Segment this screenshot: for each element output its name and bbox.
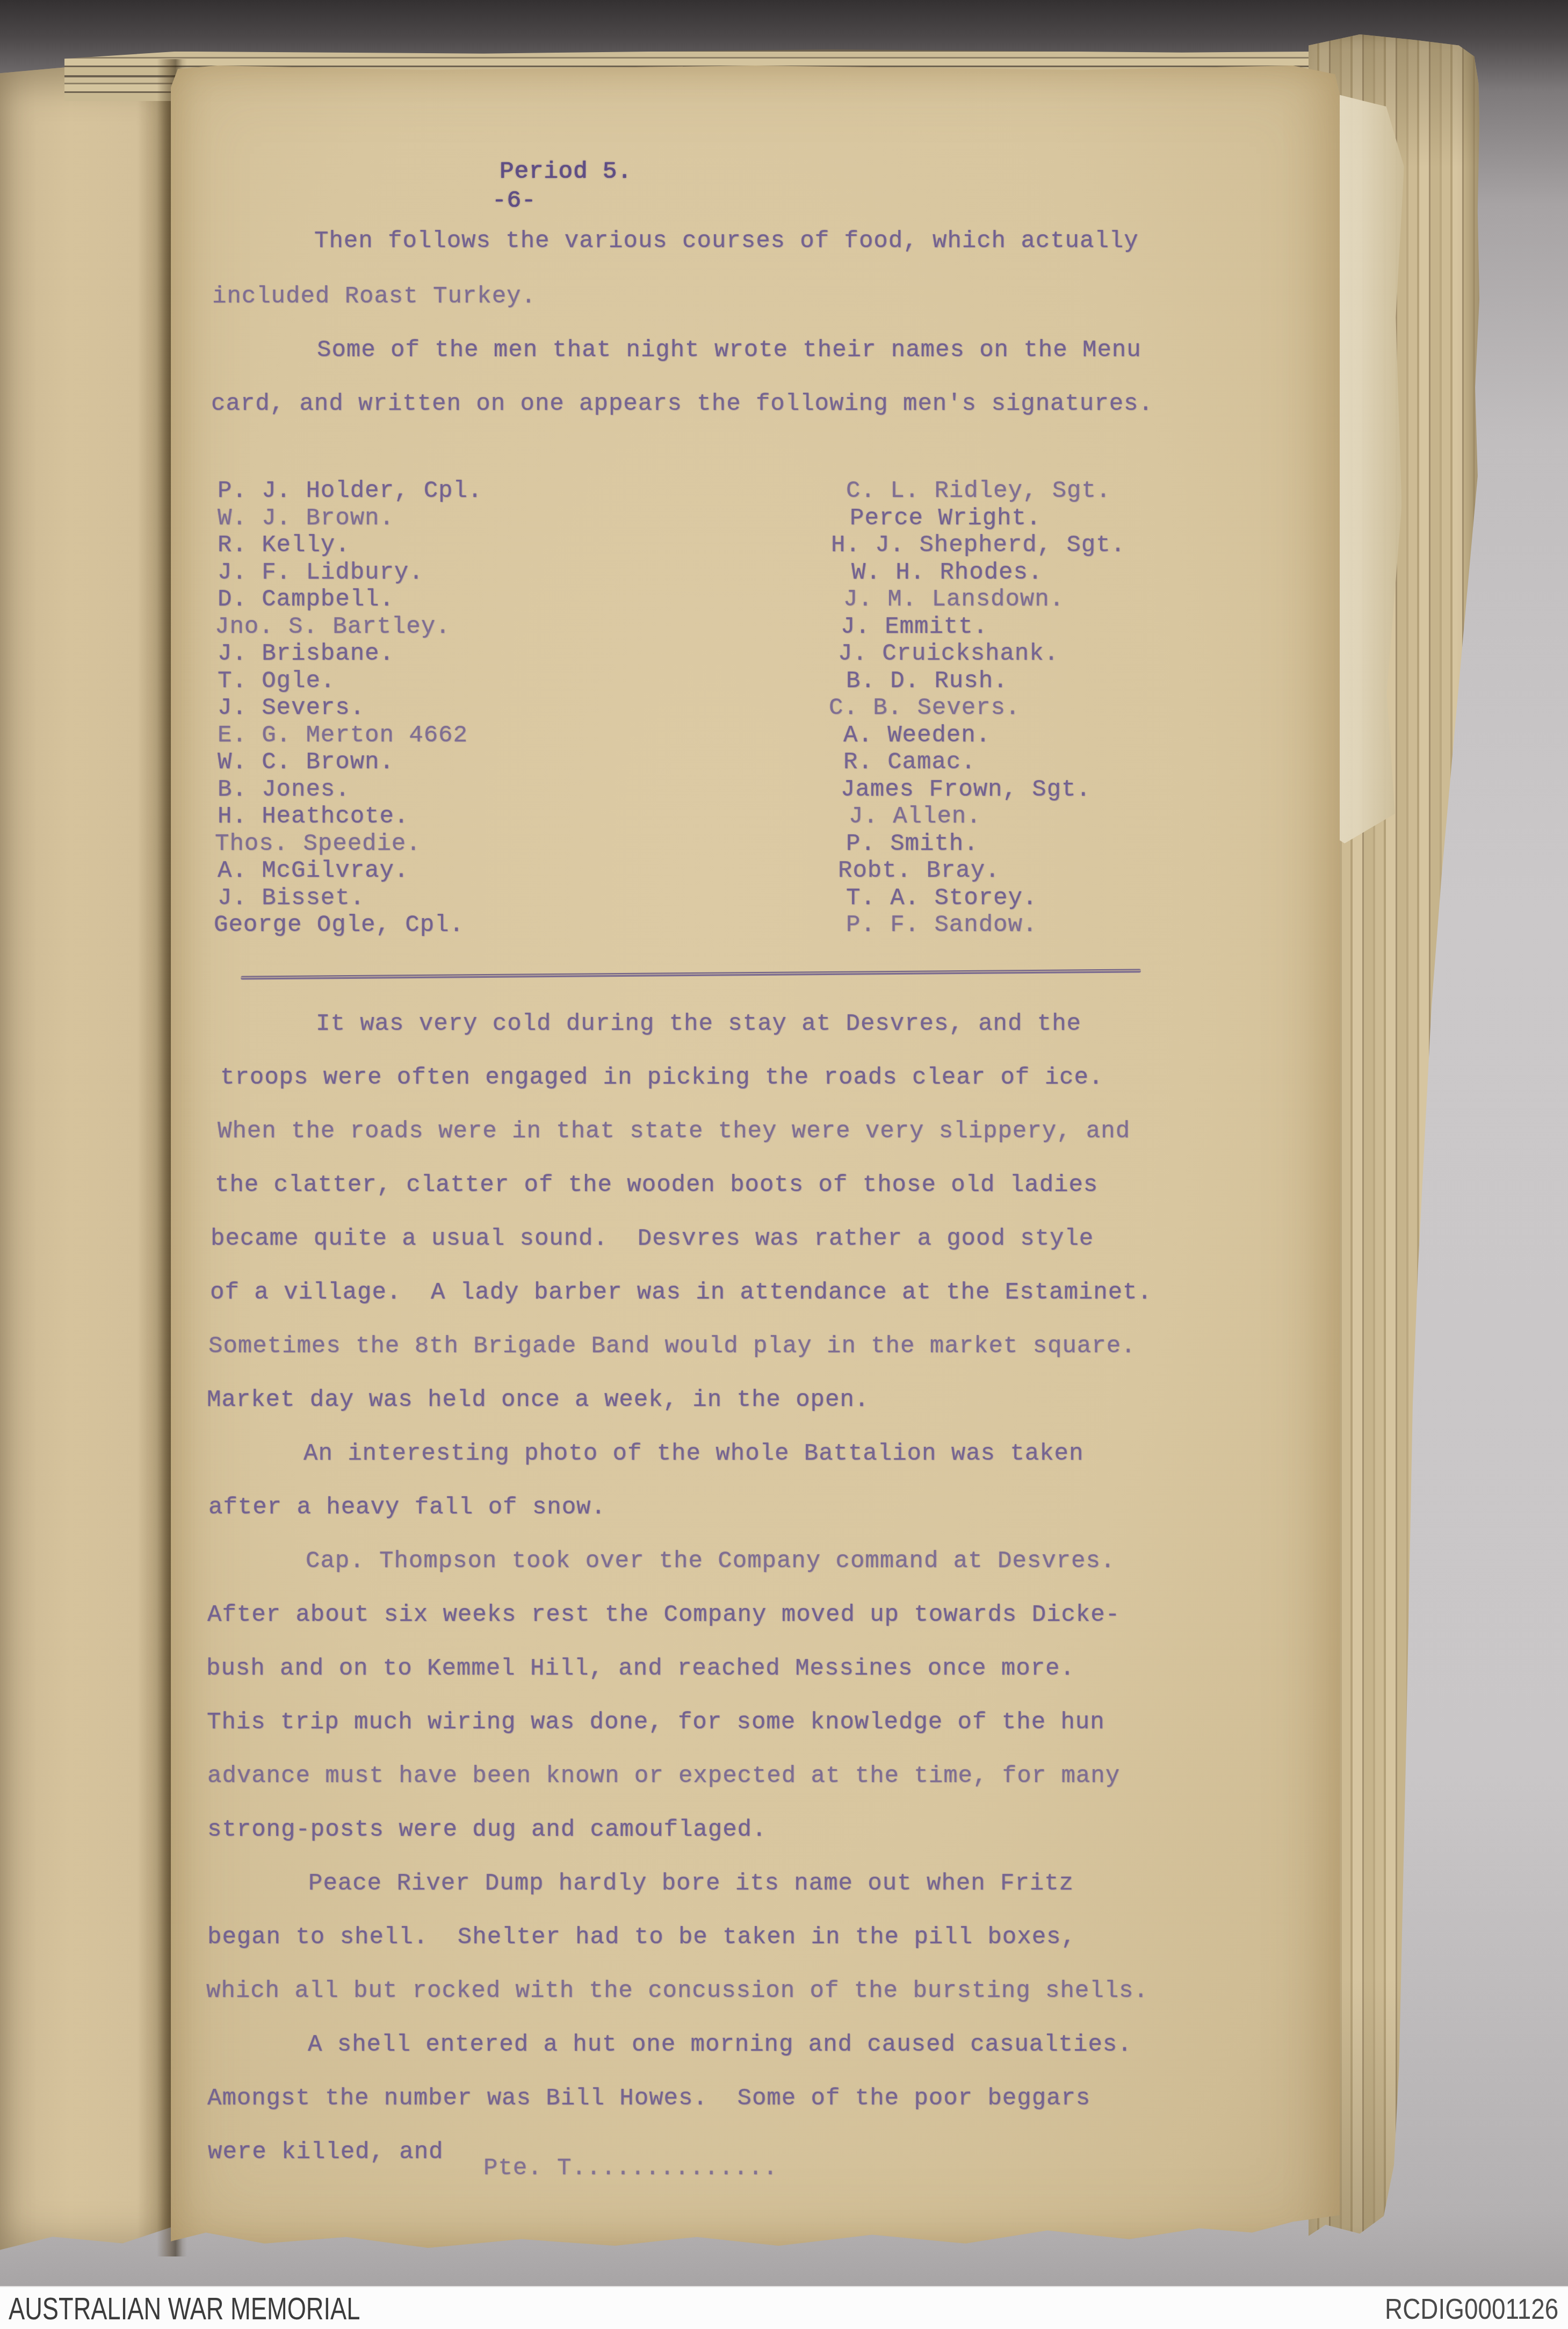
- signature-name: T. A. Storey.: [846, 885, 1037, 911]
- signature-name: W. C. Brown.: [218, 749, 394, 775]
- signature-name: R. Kelly.: [218, 532, 350, 558]
- signature-name: Robt. Bray.: [838, 858, 1000, 884]
- signature-name: J. F. Lidbury.: [218, 560, 424, 586]
- signature-name: H. J. Shepherd, Sgt.: [831, 532, 1125, 558]
- page-number: -6-: [492, 188, 536, 214]
- typed-line: the clatter, clatter of the wooden boots…: [215, 1172, 1098, 1198]
- typed-line: It was very cold during the stay at Desv…: [316, 1011, 1081, 1037]
- typed-line: An interesting photo of the whole Battal…: [304, 1441, 1083, 1467]
- signature-name: J. Severs.: [218, 695, 365, 721]
- typed-line: Sometimes the 8th Brigade Band would pla…: [208, 1333, 1136, 1359]
- signature-name: T. Ogle.: [218, 668, 335, 694]
- signature-name: J. Emmitt.: [841, 614, 988, 640]
- typed-line: troops were often engaged in picking the…: [220, 1065, 1103, 1091]
- signature-name: W. J. Brown.: [218, 506, 394, 531]
- typed-line: became quite a usual sound. Desvres was …: [211, 1226, 1094, 1252]
- typed-line: advance must have been known or expected…: [207, 1763, 1120, 1789]
- typed-text-layer: Period 5. -6- Then follows the various c…: [0, 0, 1568, 2329]
- typed-line: This trip much wiring was done, for some…: [207, 1710, 1105, 1735]
- signature-name: P. F. Sandow.: [846, 912, 1037, 938]
- typed-line: Market day was held once a week, in the …: [207, 1387, 869, 1413]
- typed-line: included Roast Turkey.: [212, 284, 536, 309]
- typed-line: Then follows the various courses of food…: [314, 228, 1139, 254]
- signature-name: J. Cruickshank.: [838, 641, 1059, 667]
- signature-name: C. B. Severs.: [829, 695, 1020, 721]
- typed-line: A shell entered a hut one morning and ca…: [308, 2032, 1132, 2058]
- typed-line: bush and on to Kemmel Hill, and reached …: [206, 1656, 1075, 1682]
- typed-line: Amongst the number was Bill Howes. Some …: [207, 2086, 1090, 2111]
- divider-line: [241, 969, 1141, 979]
- signature-name: B. D. Rush.: [846, 668, 1008, 694]
- typed-line: began to shell. Shelter had to be taken …: [207, 1924, 1076, 1950]
- typed-line: of a village. A lady barber was in atten…: [210, 1280, 1152, 1306]
- signature-name: C. L. Ridley, Sgt.: [846, 478, 1111, 504]
- typed-line: after a heavy fall of snow.: [208, 1495, 606, 1520]
- signature-name: Jno. S. Bartley.: [215, 614, 450, 640]
- typed-line: which all but rocked with the concussion…: [206, 1978, 1148, 2004]
- signature-name: J. Bisset.: [218, 885, 365, 911]
- signature-name: Perce Wright.: [850, 506, 1041, 531]
- typed-line: Some of the men that night wrote their n…: [317, 337, 1141, 363]
- typed-line: strong-posts were dug and camouflaged.: [207, 1817, 767, 1843]
- signature-name: A. Weeden.: [843, 723, 991, 748]
- signature-name: R. Camac.: [843, 749, 976, 775]
- signature-name: J. Allen.: [849, 804, 981, 830]
- signature-name: W. H. Rhodes.: [851, 560, 1043, 586]
- typed-line: When the roads were in that state they w…: [218, 1119, 1130, 1144]
- typed-line: card, and written on one appears the fol…: [211, 391, 1153, 417]
- signature-name: James Frown, Sgt.: [841, 777, 1091, 803]
- signature-name: H. Heathcote.: [218, 804, 409, 830]
- typed-line: Peace River Dump hardly bore its name ou…: [308, 1871, 1074, 1897]
- typed-line: After about six weeks rest the Company m…: [207, 1602, 1120, 1628]
- viewer-footer-bar: AUSTRALIAN WAR MEMORIAL RCDIG0001126: [0, 2286, 1568, 2329]
- signature-name: Thos. Speedie.: [215, 831, 421, 857]
- signature-name: P. Smith.: [846, 831, 979, 857]
- footer-organisation-label: AUSTRALIAN WAR MEMORIAL: [9, 2287, 360, 2329]
- typed-line: were killed, and: [208, 2139, 443, 2165]
- footer-reference-id: RCDIG0001126: [1385, 2287, 1558, 2329]
- page-title: Period 5.: [500, 159, 632, 185]
- signature-name: J. Brisbane.: [218, 641, 394, 667]
- signature-name: A. McGilvray.: [218, 858, 409, 884]
- scanned-document-viewer: Period 5. -6- Then follows the various c…: [0, 0, 1568, 2329]
- typed-line-pte: Pte. T..............: [483, 2155, 778, 2181]
- typed-line: Cap. Thompson took over the Company comm…: [306, 1548, 1115, 1574]
- signature-name: E. G. Merton 4662: [218, 723, 468, 748]
- signature-name: D. Campbell.: [218, 587, 394, 612]
- signature-name: P. J. Holder, Cpl.: [218, 478, 482, 504]
- signature-name: J. M. Lansdown.: [843, 587, 1064, 612]
- signature-name: B. Jones.: [218, 777, 350, 803]
- signature-name: George Ogle, Cpl.: [214, 912, 464, 938]
